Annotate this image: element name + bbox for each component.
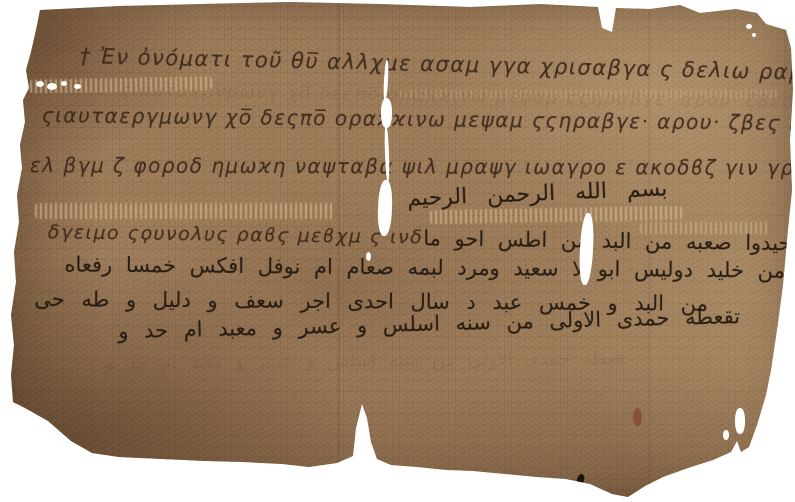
- surface-loss-speck: [752, 33, 756, 37]
- surface-loss-speck: [746, 24, 752, 29]
- surface-loss-speck: [366, 252, 371, 261]
- papyrus-sheet: † Ἐν ὀνόματι τοῦ θυ̅ αλλχμε ασαμ γγα χρι…: [0, 0, 795, 502]
- vertical-tear: [381, 98, 392, 128]
- photo-canvas: † Ἐν ὀνόματι τοῦ θυ̅ αλλχμε ασαμ γγα χρι…: [0, 0, 795, 502]
- greek-text-line-3: ελ βγμ ζ φοροδ ημωϰη ναψταβα ψιλ μραψγ ι…: [30, 153, 785, 180]
- abrasion-band: [35, 203, 335, 219]
- sheet-join-seam: [338, 0, 340, 502]
- edge-tear: [735, 408, 745, 434]
- edge-tear: [723, 430, 729, 440]
- rust-stain: [633, 408, 642, 426]
- surface-loss-speck: [47, 83, 57, 90]
- ink-offset-ghost: تقعطه حمدى الاولى من سنه اسلس و عسر و مع…: [200, 348, 630, 373]
- surface-loss-speck: [36, 81, 44, 87]
- surface-loss-speck: [74, 84, 81, 89]
- surface-loss-speck: [61, 81, 67, 86]
